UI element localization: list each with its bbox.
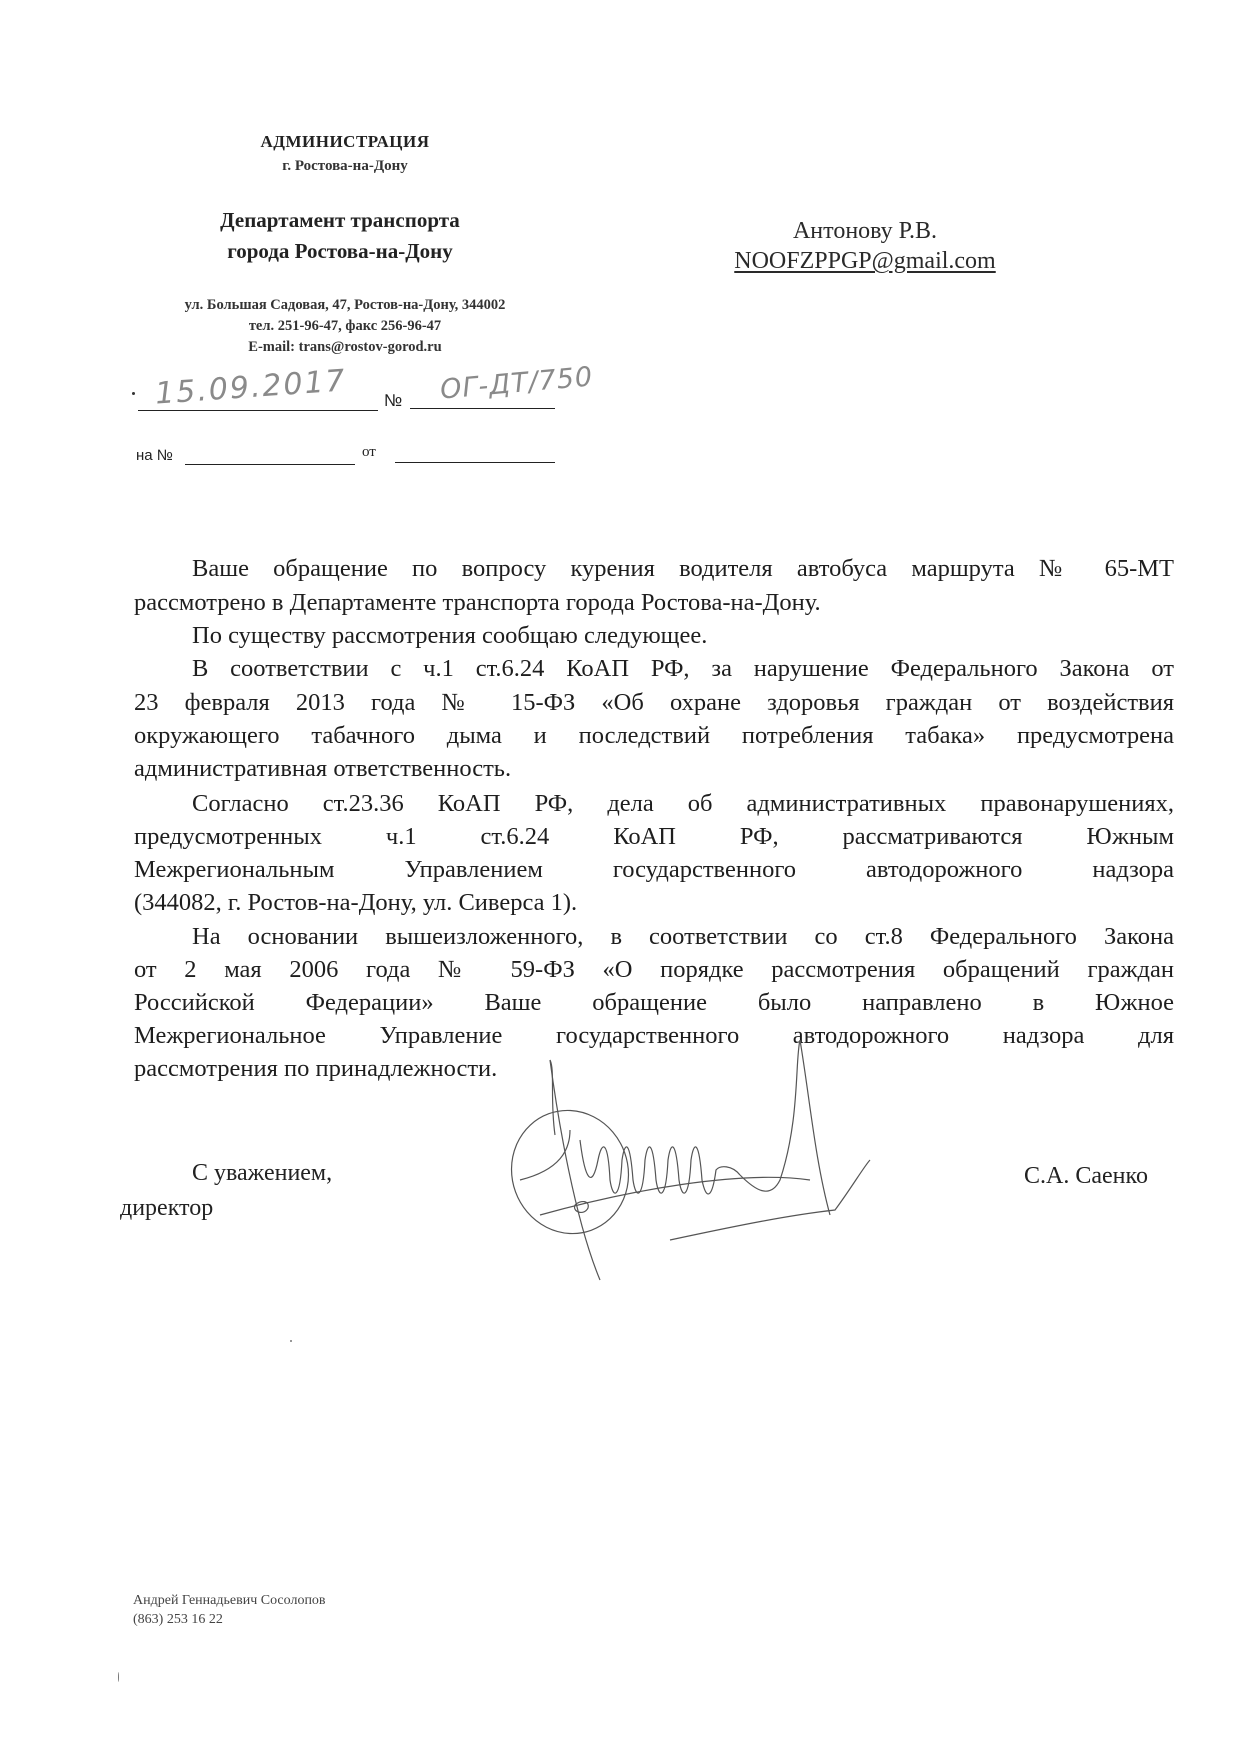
body-line: предусмотренных ч.1 ст.6.24 КоАП РФ, рас… (134, 823, 1174, 851)
body-line: административная ответственность. (134, 755, 1174, 783)
body-line: Российской Федерации» Ваше обращение был… (134, 989, 1174, 1017)
letterhead-address: ул. Большая Садовая, 47, Ростов-на-Дону,… (125, 297, 565, 314)
recipient-email: NOOFZPPGP@gmail.com (700, 248, 1030, 275)
outgoing-number: ОГ-ДТ/750 (439, 361, 594, 405)
letterhead-org: АДМИНИСТРАЦИЯ (200, 132, 490, 152)
outgoing-date: 15.09.2017 (154, 363, 348, 411)
letterhead-email: E-mail: trans@rostov-gorod.ru (125, 339, 565, 356)
body-line: Согласно ст.23.36 КоАП РФ, дела об админ… (192, 790, 1174, 818)
executor-phone: (863) 253 16 22 (133, 1612, 223, 1628)
body-line: 23 февраля 2013 года № 15-ФЗ «Об охране … (134, 689, 1174, 717)
letterhead-department-line2: города Ростова-на-Дону (150, 239, 530, 264)
signer-name: С.А. Саенко (1024, 1163, 1148, 1190)
body-line: рассмотрено в Департаменте транспорта го… (134, 589, 1174, 617)
number-underline (410, 408, 555, 409)
reply-to-underline (185, 464, 355, 465)
body-line: от 2 мая 2006 года № 59-ФЗ «О порядке ра… (134, 956, 1174, 984)
body-line: Межрегиональным Управлением государствен… (134, 856, 1174, 884)
date-underline (138, 410, 378, 411)
reply-from-label: от (362, 444, 376, 461)
scan-speck (118, 1672, 119, 1682)
reply-to-label: на № (136, 447, 173, 464)
scan-mark (132, 392, 135, 395)
body-line: В соответствии с ч.1 ст.6.24 КоАП РФ, за… (192, 655, 1174, 683)
letterhead-phones: тел. 251-96-47, факс 256-96-47 (125, 318, 565, 335)
reply-from-underline (395, 462, 555, 463)
scan-speck (290, 1340, 292, 1342)
letterhead-department-line1: Департамент транспорта (150, 208, 530, 233)
letterhead-city: г. Ростова-на-Дону (200, 158, 490, 175)
closing-position: директор (120, 1195, 213, 1222)
number-label: № (384, 391, 402, 411)
body-line: (344082, г. Ростов-на-Дону, ул. Сиверса … (134, 889, 1174, 917)
recipient-name: Антонову Р.В. (700, 218, 1030, 245)
body-line: На основании вышеизложенного, в соответс… (192, 923, 1174, 951)
body-line: Ваше обращение по вопросу курения водите… (192, 555, 1174, 583)
body-line: По существу рассмотрения сообщаю следующ… (192, 622, 1174, 650)
executor-name: Андрей Геннадьевич Сосолопов (133, 1593, 326, 1609)
closing-regards: С уважением, (192, 1160, 332, 1187)
handwritten-signature (480, 1040, 980, 1300)
body-line: окружающего табачного дыма и последствий… (134, 722, 1174, 750)
